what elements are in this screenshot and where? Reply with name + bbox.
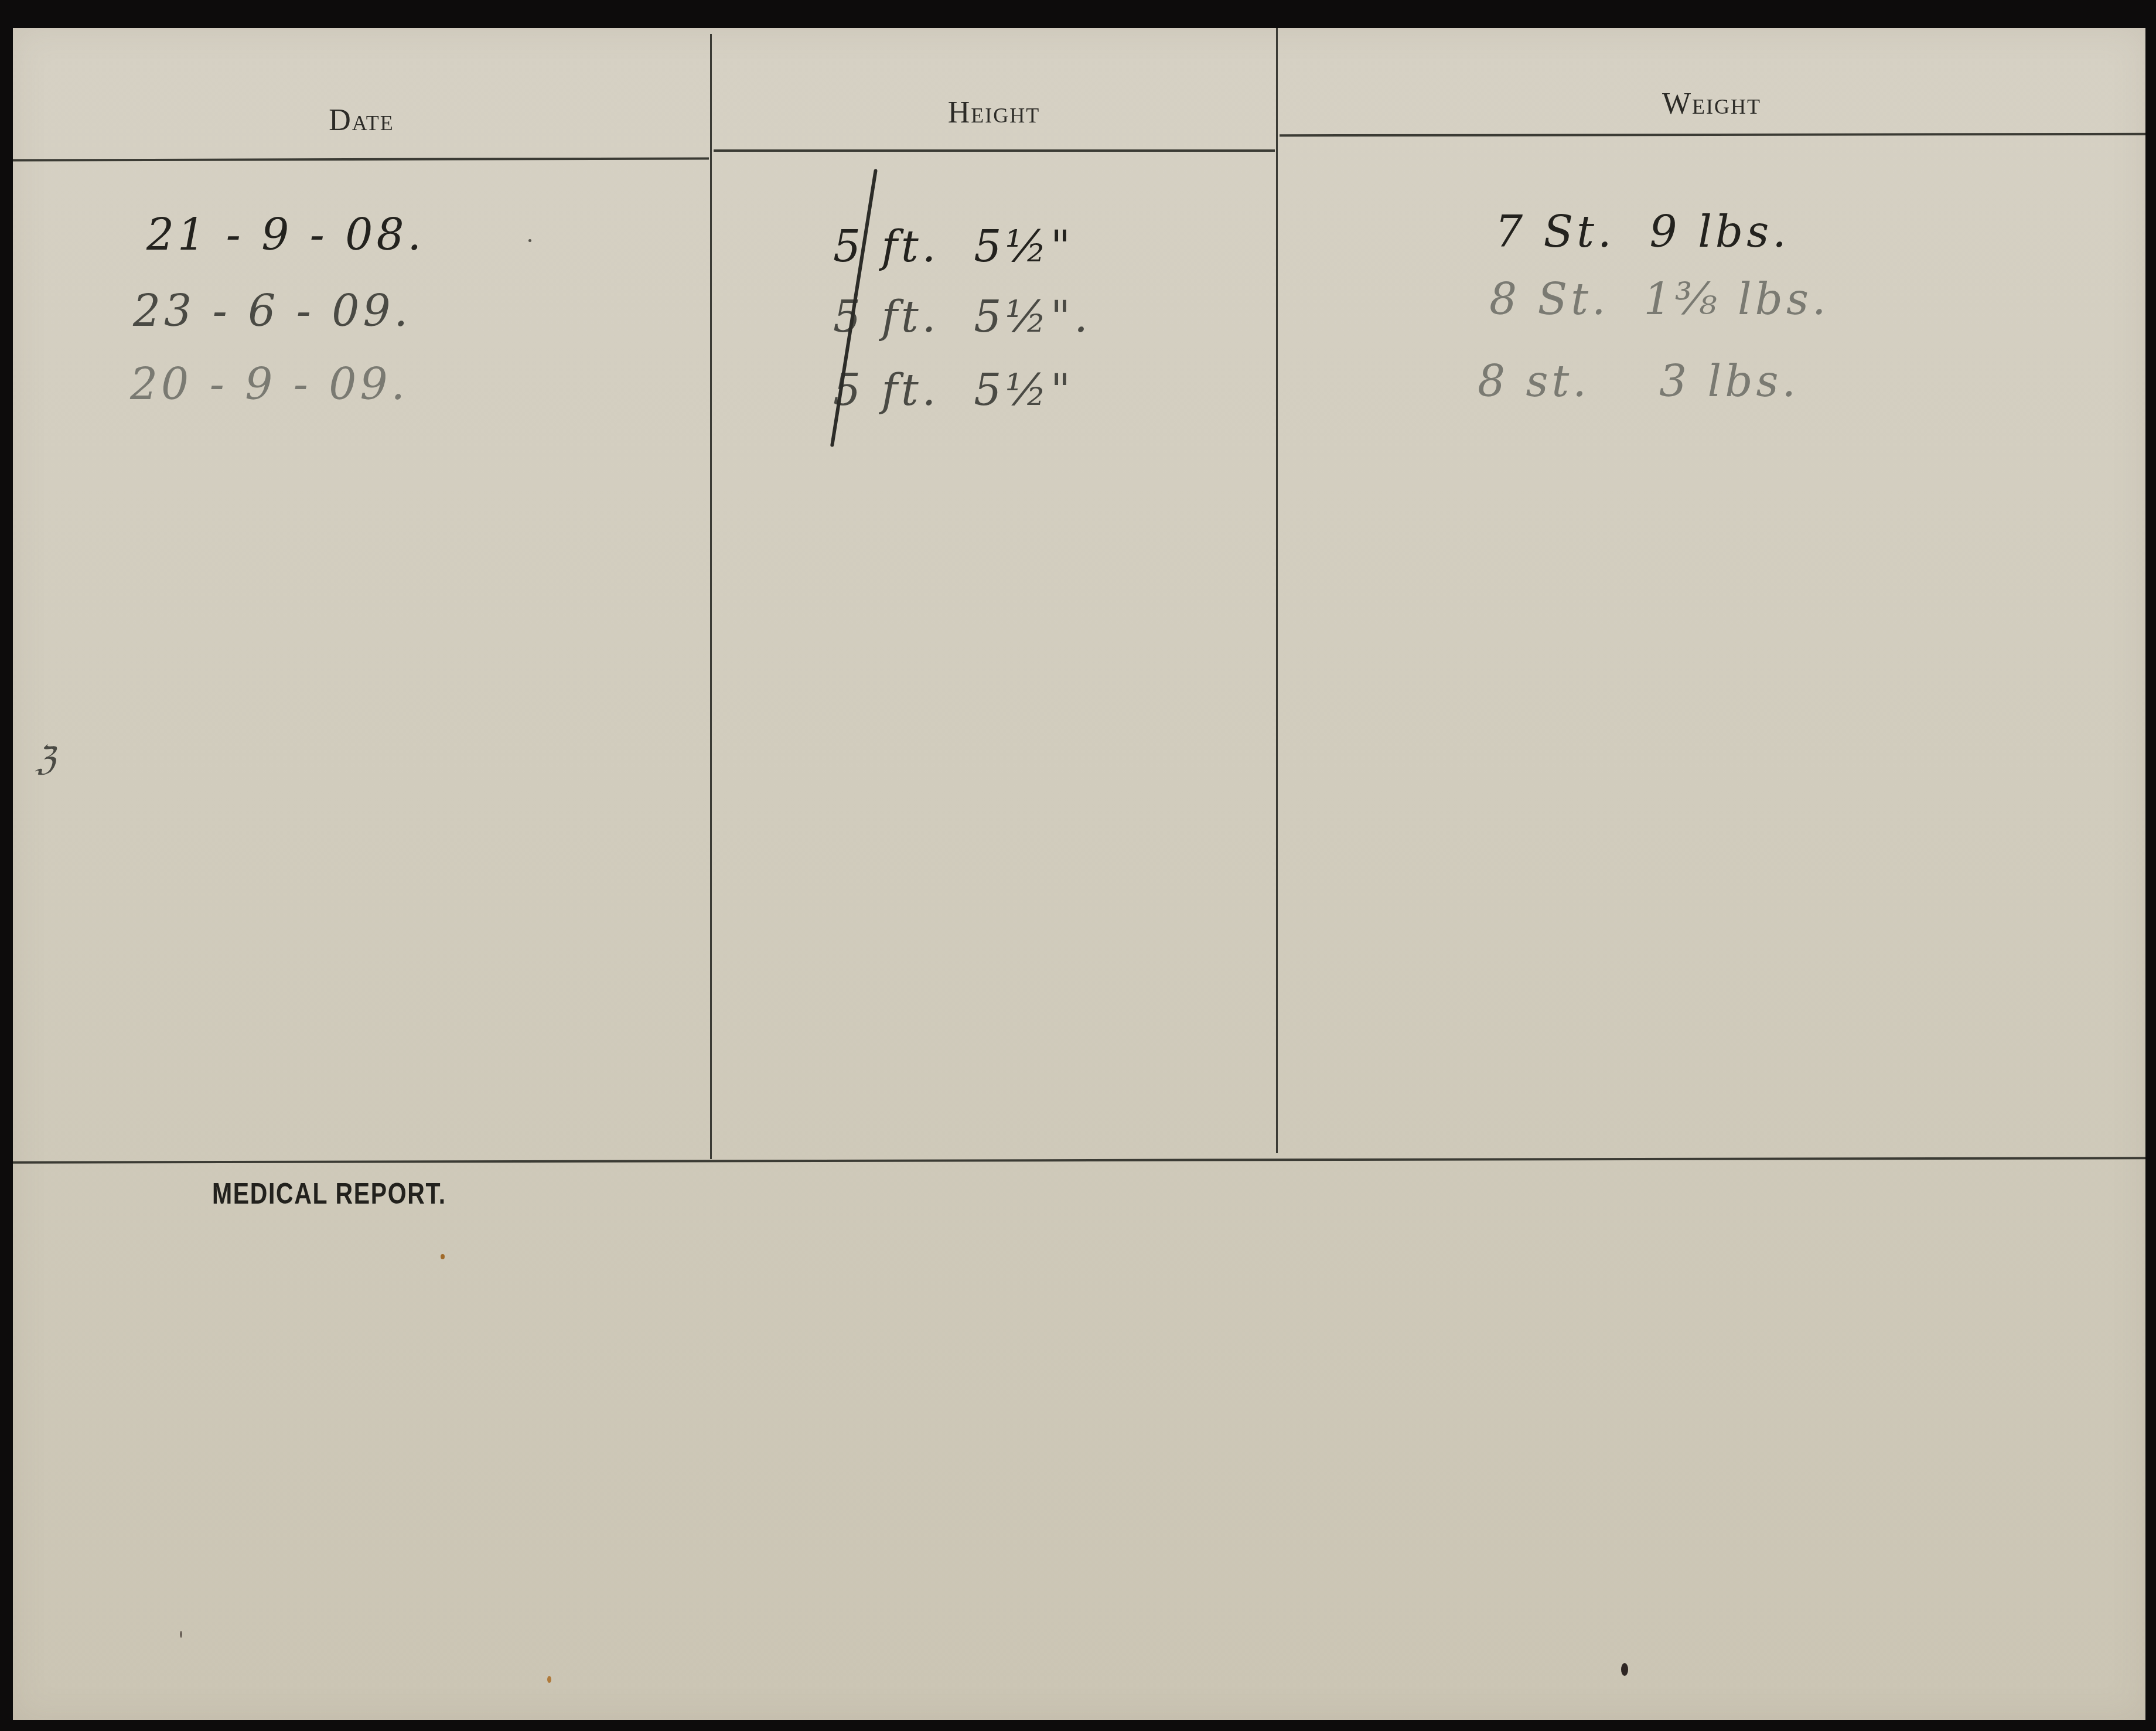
weight-cell-row-3: 8 st. 3 lbs. [1478,356,1799,407]
column-header-date: Date [13,103,710,138]
column-header-weight: Weight [1278,87,2145,121]
column-header-height: Height [712,96,1276,130]
paper-speck [1621,1663,1628,1676]
date-cell-row-1: 21 - 9 - 08. [146,210,425,260]
table-bottom-rule [13,1157,2145,1164]
header-rule-height [714,149,1275,152]
height-cell-row-3: 5 ft. 5½" [833,365,1074,415]
header-rule-weight [1280,133,2145,137]
date-cell-row-2: 23 - 6 - 09. [133,286,411,336]
column-divider-date-height [710,34,712,1159]
height-cell-row-2: 5 ft. 5½". [833,292,1091,342]
header-rule-date [13,157,709,161]
record-card: Date Height Weight 21 - 9 - 08. 23 - 6 -… [13,28,2145,1720]
weight-cell-row-1: 7 St. 9 lbs. [1495,207,1790,257]
height-cell-row-1: 5 ft. 5½" [833,222,1074,272]
paper-speck [441,1254,445,1259]
date-cell-row-3: 20 - 9 - 09. [130,359,408,410]
paper-speck [180,1631,182,1638]
paper-speck [547,1676,551,1683]
weight-cell-row-2: 8 St. 1⅜ lbs. [1489,274,1829,325]
medical-report-title: MEDICAL REPORT. [212,1177,446,1211]
margin-mark: ℨ [35,740,56,778]
column-divider-height-weight [1276,28,1278,1153]
paper-speck [528,239,531,242]
